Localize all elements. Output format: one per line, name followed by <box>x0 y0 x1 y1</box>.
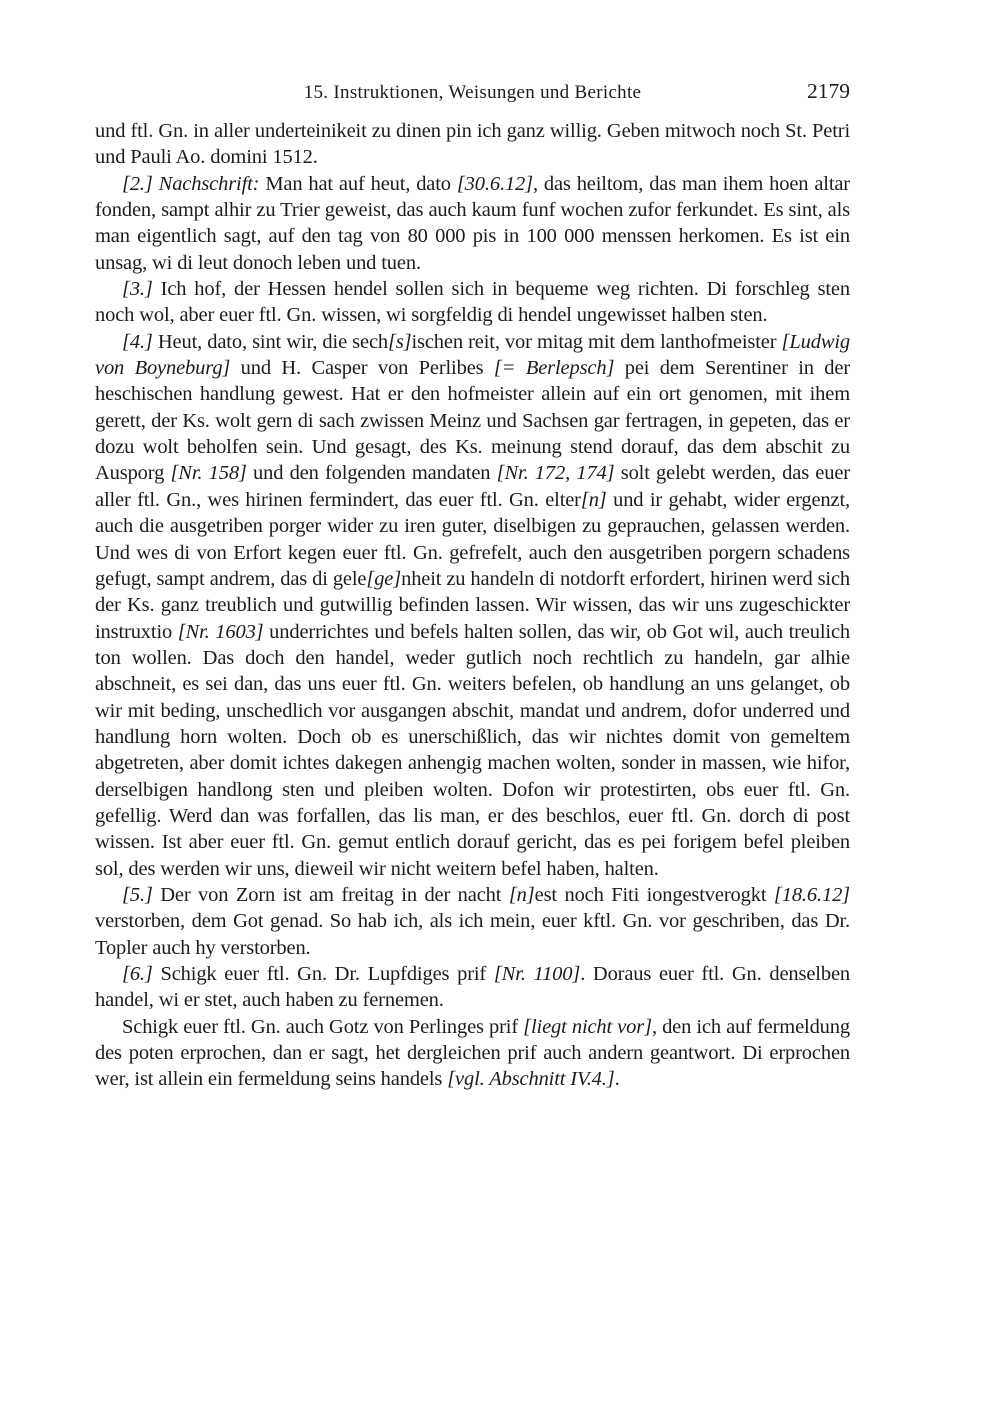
editorial-insertion: [30.6.12] <box>457 173 533 195</box>
paragraph: [2.] Nachschrift: Man hat auf heut, dato… <box>95 171 850 276</box>
text-run: und ftl. Gn. in aller underteinikeit zu … <box>95 120 850 168</box>
page-header: 15. Instruktionen, Weisungen und Bericht… <box>95 82 850 108</box>
paragraph: und ftl. Gn. in aller underteinikeit zu … <box>95 118 850 171</box>
text-run: Man hat auf heut, dato <box>259 173 456 195</box>
text-run: underrichtes und befels halten sollen, d… <box>95 621 850 880</box>
editorial-insertion: [Nr. 172, 174] <box>497 462 615 484</box>
text-block: und ftl. Gn. in aller underteinikeit zu … <box>95 118 850 1093</box>
text-run: Schigk euer ftl. Gn. Dr. Lupfdiges prif <box>153 963 494 985</box>
editorial-insertion: [3.] <box>122 278 153 300</box>
text-run: verstorben, dem Got genad. So hab ich, a… <box>95 910 850 958</box>
text-run: . <box>615 1068 620 1090</box>
text-run: Ich hof, der Hessen hendel sollen sich i… <box>95 278 850 326</box>
running-head: 15. Instruktionen, Weisungen und Bericht… <box>95 82 850 104</box>
editorial-insertion: [s] <box>388 331 411 353</box>
paragraph: [5.] Der von Zorn ist am freitag in der … <box>95 882 850 961</box>
text-run: ischen reit, vor mitag mit dem lanthofme… <box>411 331 781 353</box>
text-run: Heut, dato, sint wir, die sech <box>153 331 388 353</box>
paragraph: [6.] Schigk euer ftl. Gn. Dr. Lupfdiges … <box>95 961 850 1014</box>
paragraph: [3.] Ich hof, der Hessen hendel sollen s… <box>95 276 850 329</box>
text-run: est noch Fiti iongestverogkt <box>535 884 774 906</box>
editorial-insertion: [Nr. 1100] <box>494 963 580 985</box>
page-number: 2179 <box>807 79 850 104</box>
text-run: Der von Zorn ist am freitag in der nacht <box>153 884 509 906</box>
editorial-insertion: [= Berlepsch] <box>494 357 614 379</box>
text-run: Schigk euer ftl. Gn. auch Gotz von Perli… <box>122 1016 523 1038</box>
paragraph: Schigk euer ftl. Gn. auch Gotz von Perli… <box>95 1014 850 1093</box>
editorial-insertion: [18.6.12] <box>774 884 850 906</box>
editorial-insertion: [5.] <box>122 884 153 906</box>
editorial-insertion: [liegt nicht vor] <box>523 1016 652 1038</box>
book-page: 15. Instruktionen, Weisungen und Bericht… <box>0 0 1004 1418</box>
paragraph: [4.] Heut, dato, sint wir, die sech[s]is… <box>95 329 850 882</box>
editorial-insertion: [4.] <box>122 331 153 353</box>
editorial-insertion: [vgl. Abschnitt IV.4.] <box>447 1068 614 1090</box>
editorial-insertion: [n] <box>509 884 535 906</box>
text-run: und H. Casper von Perlibes <box>230 357 494 379</box>
editorial-insertion: [Nr. 1603] <box>178 621 264 643</box>
editorial-insertion: [ge] <box>366 568 401 590</box>
text-run: und den folgenden mandaten <box>247 462 497 484</box>
editorial-insertion: [n] <box>581 489 607 511</box>
editorial-insertion: [6.] <box>122 963 153 985</box>
editorial-insertion: [Nr. 158] <box>170 462 246 484</box>
editorial-insertion: [2.] Nachschrift: <box>122 173 259 195</box>
